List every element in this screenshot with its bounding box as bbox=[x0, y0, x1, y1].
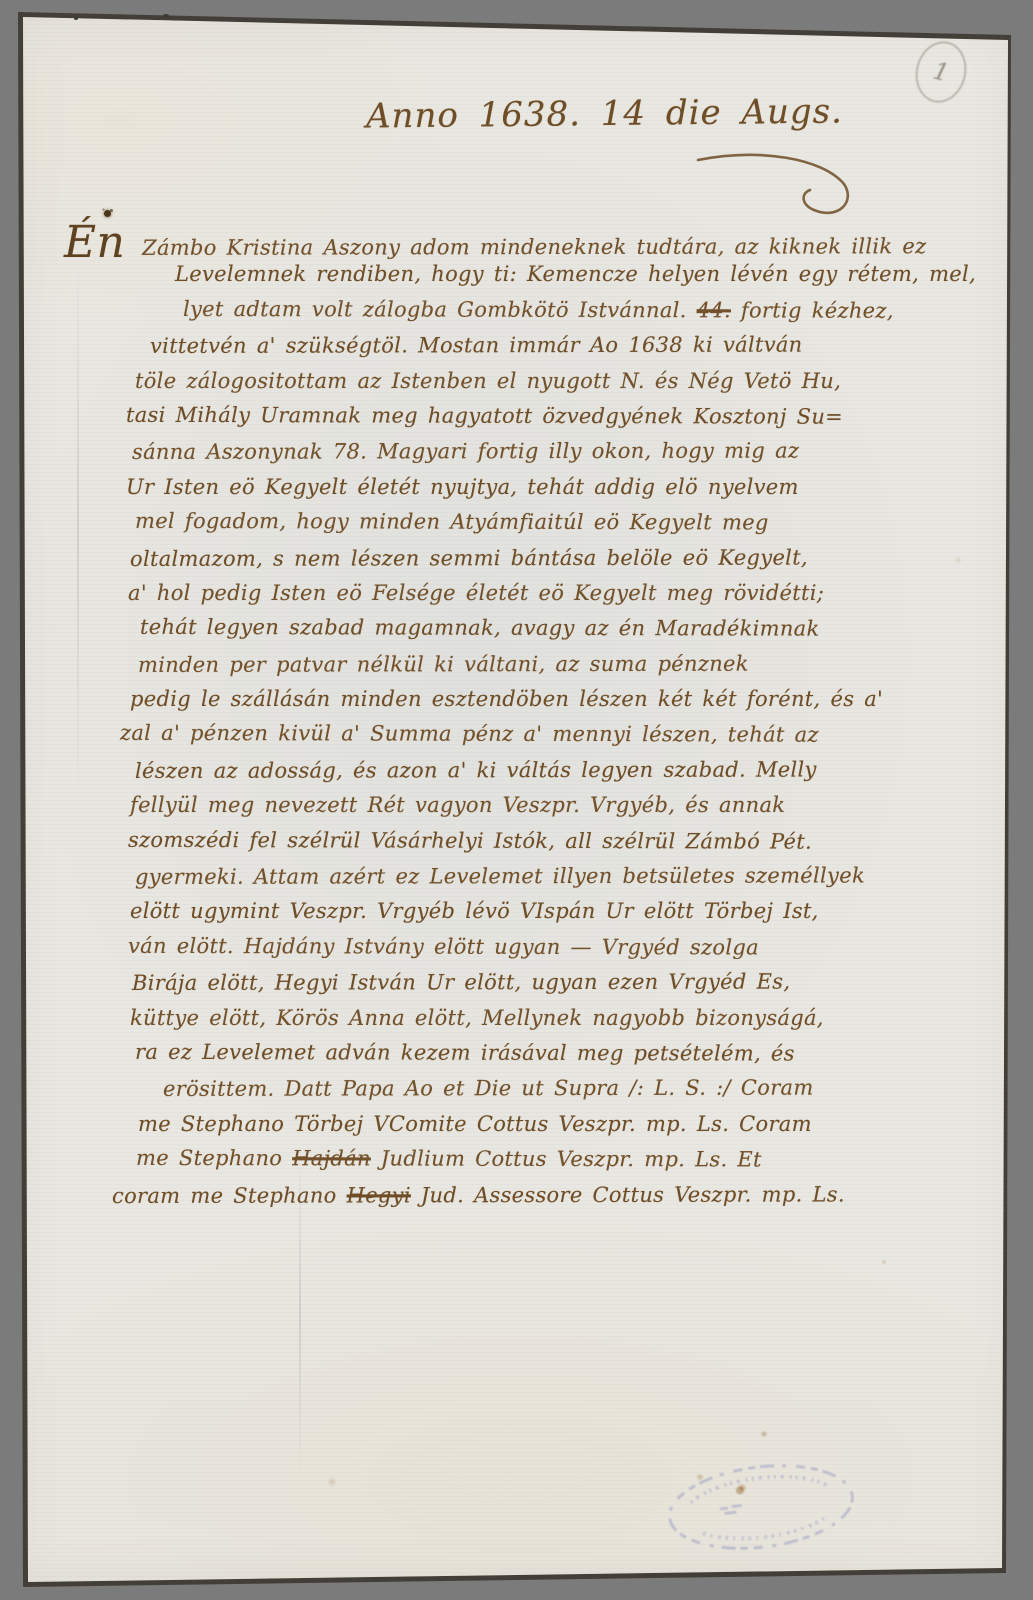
manuscript-text: Én Zámbo Kristina Aszony adom mindenekne… bbox=[0, 222, 1033, 1213]
manuscript-line: lyet adtam volt zálogba Gombkötö Istvánn… bbox=[183, 292, 1033, 330]
manuscript-line: coram me Stephano Hegyi Jud. Assessore C… bbox=[112, 1177, 1033, 1214]
line-text: töle zálogositottam az Istenben el nyugo… bbox=[135, 369, 841, 393]
manuscript-line: tehát legyen szabad magamnak, avagy az é… bbox=[140, 610, 1033, 648]
line-text: fellyül meg nevezett Rét vagyon Veszpr. … bbox=[130, 793, 785, 817]
manuscript-line: mel fogadom, hogy minden Atyámfiaitúl eö… bbox=[135, 504, 1033, 542]
line-text: me Stephano bbox=[136, 1146, 292, 1170]
manuscript-line: lészen az adosság, és azon a' ki váltás … bbox=[135, 752, 1033, 789]
manuscript-line: fellyül meg nevezett Rét vagyon Veszpr. … bbox=[130, 788, 1033, 823]
line-text: oltalmazom, s nem lészen semmi bántása b… bbox=[130, 545, 808, 570]
line-text: Ur Isten eö Kegyelt életét nyujtya, tehá… bbox=[126, 475, 799, 499]
scan-background: 1 Anno 1638. 14 die Augs. Én Zámbo Krist… bbox=[0, 0, 1033, 1600]
line-text: a' hol pedig Isten eö Felsége életét eö … bbox=[128, 581, 824, 605]
struck-word: Hajdán bbox=[292, 1146, 371, 1170]
manuscript-line: me Stephano Törbej VComite Cottus Veszpr… bbox=[138, 1107, 1033, 1142]
struck-word: Hegyi bbox=[347, 1183, 411, 1207]
manuscript-line: minden per patvar nélkül ki váltani, az … bbox=[138, 646, 1033, 683]
line-text: vittetvén a' szükségtöl. Mostan immár Ao… bbox=[150, 333, 803, 358]
edge-speck bbox=[74, 17, 78, 20]
line-text: coram me Stephano bbox=[112, 1183, 347, 1207]
manuscript-line: a' hol pedig Isten eö Felsége életét eö … bbox=[128, 576, 1033, 611]
manuscript-line: Birája elött, Hegyi István Ur elött, ugy… bbox=[132, 964, 1033, 1001]
manuscript-line: erösittem. Datt Papa Ao et Die ut Supra … bbox=[163, 1070, 1033, 1107]
line-text: szomszédi fel szélrül Vásárhelyi Istók, … bbox=[128, 827, 812, 853]
line-text: minden per patvar nélkül ki váltani, az … bbox=[138, 651, 749, 676]
manuscript-line: gyermeki. Attam azért ez Levelemet illye… bbox=[135, 858, 1033, 895]
line-text: erösittem. Datt Papa Ao et Die ut Supra … bbox=[163, 1076, 814, 1101]
line-text: tehát legyen szabad magamnak, avagy az é… bbox=[140, 615, 820, 641]
manuscript-line: ra ez Levelemet adván kezem irásával meg… bbox=[135, 1035, 1033, 1073]
line-text: gyermeki. Attam azért ez Levelemet illye… bbox=[135, 863, 865, 889]
manuscript-line: Ur Isten eö Kegyelt életét nyujtya, tehá… bbox=[126, 470, 1033, 505]
line-text: mel fogadom, hogy minden Atyámfiaitúl eö… bbox=[135, 509, 769, 535]
line-text: elött ugymint Veszpr. Vrgyéb lévö VIspán… bbox=[130, 899, 819, 923]
manuscript-line: sánna Aszonynak 78. Magyari fortig illy … bbox=[132, 433, 1033, 470]
line-text: Levelemnek rendiben, hogy ti: Kemencze h… bbox=[175, 262, 976, 286]
manuscript-line: oltalmazom, s nem lészen semmi bántása b… bbox=[130, 540, 1033, 577]
manuscript-line: zal a' pénzen kivül a' Summa pénz a' men… bbox=[120, 716, 1033, 754]
line-text: küttye elött, Körös Anna elött, Mellynek… bbox=[130, 1006, 824, 1030]
manuscript-line: töle zálogositottam az Istenben el nyugo… bbox=[135, 364, 1033, 399]
line-text: lyet adtam volt zálogba Gombkötö Istvánn… bbox=[183, 297, 697, 322]
manuscript-line: vittetvén a' szükségtöl. Mostan immár Ao… bbox=[150, 327, 1033, 364]
manuscript-line: szomszédi fel szélrül Vásárhelyi Istók, … bbox=[128, 822, 1033, 860]
line-text: me Stephano Törbej VComite Cottus Veszpr… bbox=[138, 1112, 812, 1136]
line-text: Zámbo Kristina Aszony adom mindeneknek t… bbox=[132, 234, 926, 260]
manuscript-line: tasi Mihály Uramnak meg hagyatott özvedg… bbox=[126, 398, 1033, 436]
line-text: ván elött. Hajdány Istvány elött ugyan —… bbox=[128, 934, 759, 960]
manuscript-line: elött ugymint Veszpr. Vrgyéb lévö VIspán… bbox=[130, 894, 1033, 929]
line-text: lészen az adosság, és azon a' ki váltás … bbox=[135, 757, 817, 782]
struck-word: 44. bbox=[697, 298, 731, 322]
line-text: Birája elött, Hegyi István Ur elött, ugy… bbox=[132, 970, 790, 995]
manuscript-line: me Stephano Hajdán Judlium Cottus Veszpr… bbox=[136, 1141, 1033, 1179]
line-text: Jud. Assessore Cottus Veszpr. mp. Ls. bbox=[411, 1182, 845, 1207]
edge-speck bbox=[163, 14, 169, 18]
manuscript-line: ván elött. Hajdány Istvány elött ugyan —… bbox=[128, 929, 1033, 967]
manuscript-line: Levelemnek rendiben, hogy ti: Kemencze h… bbox=[175, 257, 1033, 292]
line-text: zal a' pénzen kivül a' Summa pénz a' men… bbox=[120, 721, 819, 747]
manuscript-line: pedig le szállásán minden esztendöben lé… bbox=[130, 682, 1033, 717]
page-heading: Anno 1638. 14 die Augs. bbox=[366, 92, 843, 137]
line-text: pedig le szállásán minden esztendöben lé… bbox=[130, 687, 883, 711]
line-text: ra ez Levelemet adván kezem irásával meg… bbox=[135, 1040, 795, 1066]
line-text: Judlium Cottus Veszpr. mp. Ls. Et bbox=[371, 1147, 762, 1172]
page-number-text: 1 bbox=[930, 57, 952, 88]
line-text: sánna Aszonynak 78. Magyari fortig illy … bbox=[132, 439, 799, 464]
drop-initial: Én bbox=[64, 217, 125, 268]
line-text: fortig kézhez, bbox=[731, 298, 894, 322]
manuscript-line: Én Zámbo Kristina Aszony adom mindenekne… bbox=[64, 221, 1033, 258]
line-text: tasi Mihály Uramnak meg hagyatott özvedg… bbox=[126, 403, 843, 429]
manuscript-line: küttye elött, Körös Anna elött, Mellynek… bbox=[130, 1001, 1033, 1036]
